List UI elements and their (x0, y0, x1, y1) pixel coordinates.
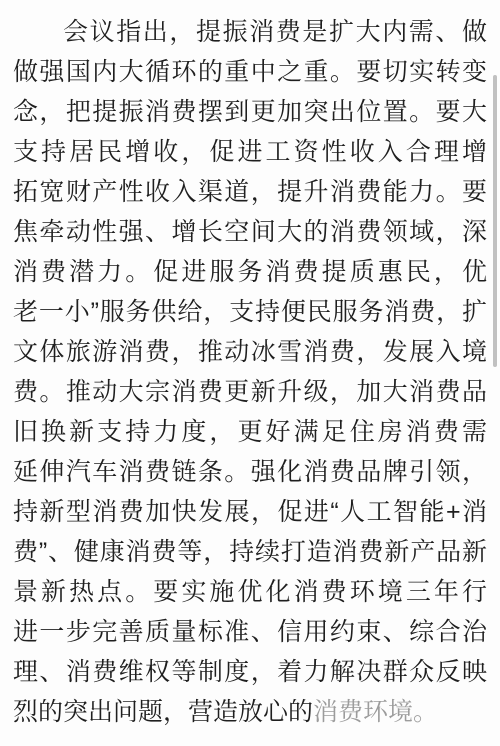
paragraph-line: 支持居民增收，促进工资性收入合理增长， (13, 132, 487, 172)
paragraph-line: 焦牵动性强、增长空间大的消费领域，深挖 (13, 212, 487, 252)
scrollbar-thumb[interactable] (493, 75, 497, 367)
paragraph-line: 会议指出，提振消费是扩大内需、做大 (13, 12, 487, 52)
paragraph-line: 老一小”服务供给，支持便民服务消费，扩大 (13, 292, 487, 332)
article-paragraph: 会议指出，提振消费是扩大内需、做大 做强国内大循环的重中之重。要切实转变观 念，… (13, 12, 487, 732)
paragraph-line: 费。推动大宗消费更新升级，加大消费品以 (13, 372, 487, 412)
paragraph-line-text: 烈的突出问题，营造放心的 (13, 698, 313, 726)
paragraph-line: 旧换新支持力度，更好满足住房消费需求， (13, 412, 487, 452)
paragraph-line: 景新热点。要实施优化消费环境三年行动， (13, 572, 487, 612)
paragraph-line: 烈的突出问题，营造放心的消费环境。 (13, 692, 487, 732)
paragraph-line: 理、消费维权等制度，着力解决群众反映强 (13, 652, 487, 692)
paragraph-line: 延伸汽车消费链条。强化消费品牌引领，支 (13, 452, 487, 492)
paragraph-line: 费”、健康消费等，持续打造消费新产品新场 (13, 532, 487, 572)
paragraph-line: 做强国内大循环的重中之重。要切实转变观 (13, 52, 487, 92)
paragraph-line: 持新型消费加快发展，促进“人工智能+消 (13, 492, 487, 532)
paragraph-line: 念，把提振消费摆到更加突出位置。要大力 (13, 92, 487, 132)
paragraph-line: 文体旅游消费，推动冰雪消费，发展入境消 (13, 332, 487, 372)
paragraph-line: 拓宽财产性收入渠道，提升消费能力。要聚 (13, 172, 487, 212)
paragraph-line: 消费潜力。促进服务消费提质惠民，优化“一 (13, 252, 487, 292)
paragraph-line-faded-text: 消费环境。 (313, 698, 438, 726)
paragraph-line: 进一步完善质量标准、信用约束、综合治 (13, 612, 487, 652)
